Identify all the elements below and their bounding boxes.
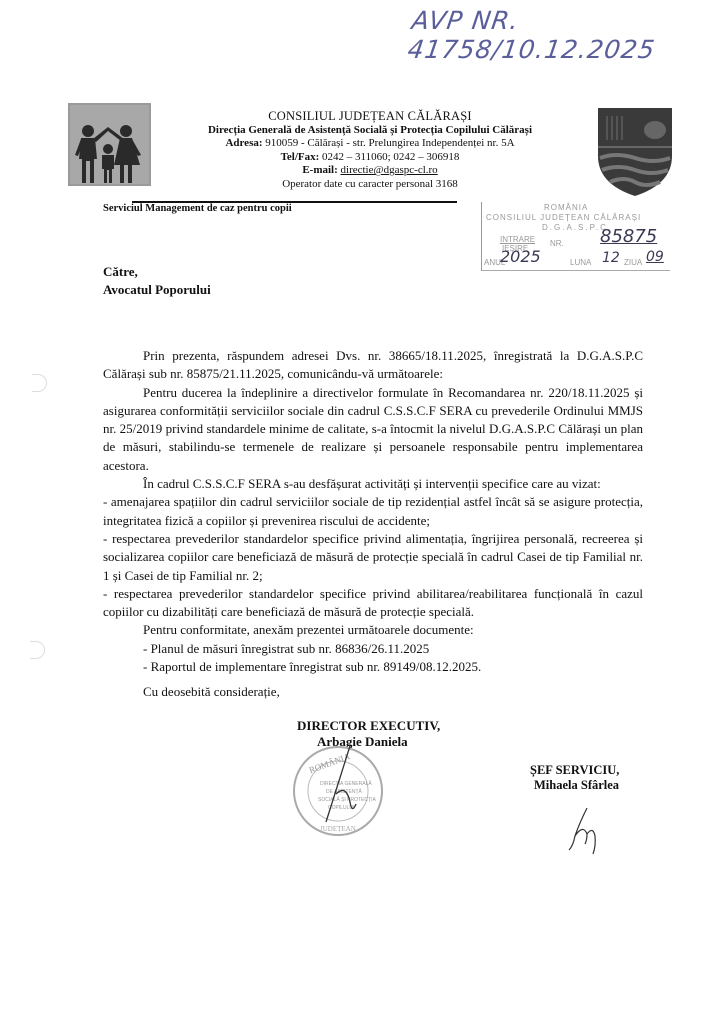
council-name: CONSILIUL JUDEȚEAN CĂLĂRAȘI [160, 110, 580, 124]
paragraph-attachments: Pentru conformitate, anexăm prezentei ur… [103, 621, 643, 639]
punch-hole [30, 641, 45, 659]
stamp-ziua-value: 09 [646, 249, 664, 265]
registration-stamp: ROMÂNIA CONSILIUL JUDEȚEAN CĂLĂRAȘI D.G.… [481, 202, 670, 271]
paragraph-activities: În cadrul C.S.S.C.F SERA s-au desfășurat… [103, 475, 643, 493]
stamp-country: ROMÂNIA [544, 203, 588, 212]
service-name: Serviciul Management de caz pentru copii [103, 203, 292, 214]
signatory-title: DIRECTOR EXECUTIV, [297, 718, 440, 734]
recipient-block: Către, Avocatul Poporului [103, 263, 211, 299]
county-coat-of-arms-icon [596, 106, 674, 198]
list-item: - amenajarea spațiilor din cadrul servic… [103, 493, 643, 530]
stamp-ziua-label: ZIUA [624, 258, 642, 267]
attachment-item: - Raportul de implementare înregistrat s… [103, 658, 643, 676]
head-of-service-signature [565, 806, 605, 861]
paragraph-plan: Pentru ducerea la îndeplinire a directiv… [103, 384, 643, 475]
phone-line: Tel/Fax: 0242 – 311060; 0242 – 306918 [160, 151, 580, 165]
handwritten-registration-number: AVP NR. 41758/10.12.2025 [406, 6, 724, 64]
stamp-luna-label: LUNA [570, 258, 591, 267]
stamp-luna-value: 12 [602, 250, 620, 266]
list-item: - respectarea prevederilor standardelor … [103, 585, 643, 622]
recipient-to: Către, [103, 263, 211, 281]
email-line: E-mail: directie@dgaspc-cl.ro [160, 164, 580, 178]
signatory-name: Mihaela Sfârlea [530, 778, 619, 793]
list-item: - respectarea prevederilor standardelor … [103, 530, 643, 585]
director-signature [316, 744, 376, 839]
stamp-council: CONSILIUL JUDEȚEAN CĂLĂRAȘI [486, 213, 641, 222]
family-house-icon [68, 103, 151, 186]
punch-hole [32, 374, 47, 392]
recipient-name: Avocatul Poporului [103, 281, 211, 299]
signatory-title: ȘEF SERVICIU, [530, 763, 619, 778]
address-line: Adresa: 910059 - Călărași - str. Prelung… [160, 137, 580, 151]
stamp-nr-label: NR. [550, 239, 564, 248]
closing-salutation: Cu deosebită considerație, [143, 684, 280, 700]
operator-line: Operator date cu caracter personal 3168 [160, 178, 580, 192]
directorate-name: Direcția Generală de Asistență Socială ș… [160, 124, 580, 138]
attachment-item: - Planul de măsuri înregistrat sub nr. 8… [103, 640, 643, 658]
paragraph-intro: Prin prezenta, răspundem adresei Dvs. nr… [103, 347, 643, 384]
signatory-head-of-service: ȘEF SERVICIU, Mihaela Sfârlea [530, 763, 619, 793]
letter-body: Prin prezenta, răspundem adresei Dvs. nr… [103, 347, 643, 676]
stamp-intrare: INTRARE [500, 235, 535, 244]
email-link[interactable]: directie@dgaspc-cl.ro [341, 164, 438, 176]
stamp-nr-value: 85875 [600, 226, 657, 247]
letterhead: CONSILIUL JUDEȚEAN CĂLĂRAȘI Direcția Gen… [160, 110, 580, 192]
stamp-anul-value: 2025 [500, 247, 541, 266]
